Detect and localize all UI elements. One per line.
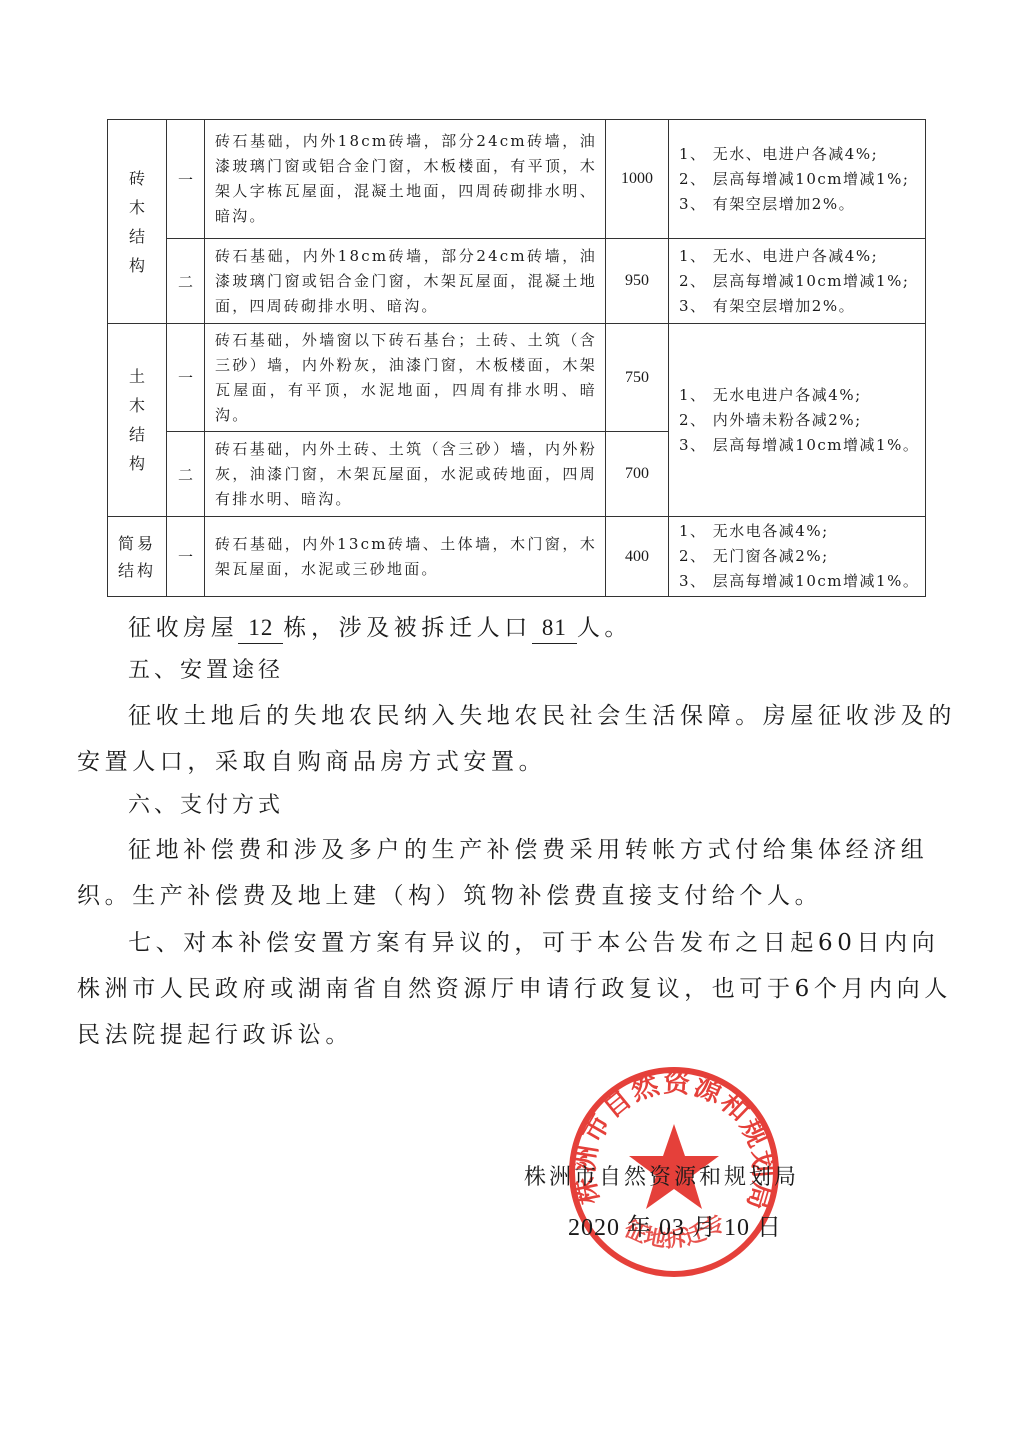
notes-cell: 1、 无水电各减4%; 2、 无门窗各减2%; 3、 层高每增减10cm增减1%… bbox=[669, 517, 926, 597]
section6-line1: 征地补偿费和涉及多户的生产补偿费采用转帐方式付给集体经济组 bbox=[128, 827, 928, 873]
signature-date: 2020 年 03 月 10 日 bbox=[568, 1207, 782, 1242]
note-line: 1、 无水、电进户各减4%; bbox=[679, 142, 921, 167]
section7-line1: 七、对本补偿安置方案有异议的，可于本公告发布之日起60日内向 bbox=[128, 920, 939, 966]
notes-cell: 1、 无水、电进户各减4%; 2、 层高每增减10cm增减1%; 3、 有架空层… bbox=[669, 120, 926, 239]
price-cell: 700 bbox=[606, 432, 669, 517]
price-cell: 1000 bbox=[606, 120, 669, 239]
summary-prefix: 征收房屋 bbox=[128, 615, 238, 641]
note-line: 2、 层高每增减10cm增减1%; bbox=[679, 269, 921, 294]
grade-cell: 一 bbox=[167, 517, 205, 597]
price-cell: 950 bbox=[606, 239, 669, 324]
price-cell: 750 bbox=[606, 324, 669, 432]
note-line: 2、 层高每增减10cm增减1%; bbox=[679, 167, 921, 192]
summary-line: 征收房屋12栋，涉及被拆迁人口81人。 bbox=[128, 605, 632, 651]
compensation-table: 砖木结构 一 砖石基础，内外18cm砖墙，部分24cm砖墙，油漆玻璃门窗或铝合金… bbox=[107, 119, 926, 597]
section5-heading: 五、安置途径 bbox=[128, 653, 284, 684]
structure-type-label: 简易 bbox=[117, 530, 157, 557]
summary-middle: 栋，涉及被拆迁人口 bbox=[283, 615, 531, 641]
people-count: 81 bbox=[532, 613, 577, 644]
section5-line1: 征收土地后的失地农民纳入失地农民社会生活保障。房屋征收涉及的 bbox=[128, 693, 956, 739]
structure-type-label: 土木结构 bbox=[128, 362, 146, 478]
structure-type-label: 砖木结构 bbox=[128, 164, 146, 280]
section6-heading: 六、支付方式 bbox=[128, 788, 284, 819]
description-cell: 砖石基础，内外13cm砖墙、土体墙，木门窗，木架瓦屋面，水泥或三砂地面。 bbox=[205, 517, 606, 597]
grade-cell: 一 bbox=[167, 324, 205, 432]
section5-line2: 安置人口，采取自购商品房方式安置。 bbox=[77, 739, 546, 785]
table-row: 二 砖石基础，内外18cm砖墙，部分24cm砖墙，油漆玻璃门窗或铝合金门窗，木架… bbox=[108, 239, 926, 324]
structure-type-cell: 砖木结构 bbox=[108, 120, 167, 324]
notes-cell: 1、 无水、电进户各减4%; 2、 层高每增减10cm增减1%; 3、 有架空层… bbox=[669, 239, 926, 324]
price-cell: 400 bbox=[606, 517, 669, 597]
grade-cell: 二 bbox=[167, 239, 205, 324]
houses-count: 12 bbox=[238, 613, 283, 644]
document-page: 砖木结构 一 砖石基础，内外18cm砖墙，部分24cm砖墙，油漆玻璃门窗或铝合金… bbox=[0, 0, 1023, 1446]
note-line: 3、 层高每增减10cm增减1%。 bbox=[679, 433, 921, 458]
table-row: 砖木结构 一 砖石基础，内外18cm砖墙，部分24cm砖墙，油漆玻璃门窗或铝合金… bbox=[108, 120, 926, 239]
structure-type-cell: 简易 结构 bbox=[108, 517, 167, 597]
note-line: 3、 层高每增减10cm增减1%。 bbox=[679, 569, 921, 594]
note-line: 1、 无水电各减4%; bbox=[679, 519, 921, 544]
grade-cell: 二 bbox=[167, 432, 205, 517]
note-line: 2、 无门窗各减2%; bbox=[679, 544, 921, 569]
description-cell: 砖石基础，内外土砖、土筑（含三砂）墙，内外粉灰，油漆门窗，木架瓦屋面，水泥或砖地… bbox=[205, 432, 606, 517]
grade-cell: 一 bbox=[167, 120, 205, 239]
structure-type-label: 结构 bbox=[117, 557, 157, 584]
note-line: 1、 无水、电进户各减4%; bbox=[679, 244, 921, 269]
table-row: 土木结构 一 砖石基础，外墙窗以下砖石基台；土砖、土筑（含三砂）墙，内外粉灰，油… bbox=[108, 324, 926, 432]
table-row: 简易 结构 一 砖石基础，内外13cm砖墙、土体墙，木门窗，木架瓦屋面，水泥或三… bbox=[108, 517, 926, 597]
note-line: 2、 内外墙未粉各减2%; bbox=[679, 408, 921, 433]
section7-line3: 民法院提起行政诉讼。 bbox=[77, 1012, 353, 1058]
note-line: 3、 有架空层增加2%。 bbox=[679, 192, 921, 217]
description-cell: 砖石基础，内外18cm砖墙，部分24cm砖墙，油漆玻璃门窗或铝合金门窗，木板楼面… bbox=[205, 120, 606, 239]
signature-org: 株洲市自然资源和规划局 bbox=[524, 1160, 799, 1191]
note-line: 3、 有架空层增加2%。 bbox=[679, 294, 921, 319]
summary-suffix: 人。 bbox=[577, 615, 632, 641]
note-line: 1、 无水电进户各减4%; bbox=[679, 383, 921, 408]
description-cell: 砖石基础，外墙窗以下砖石基台；土砖、土筑（含三砂）墙，内外粉灰，油漆门窗，木板楼… bbox=[205, 324, 606, 432]
section7-line2: 株洲市人民政府或湖南省自然资源厅申请行政复议，也可于6个月内向人 bbox=[77, 966, 952, 1012]
section6-line2: 织。生产补偿费及地上建（构）筑物补偿费直接支付给个人。 bbox=[77, 873, 822, 919]
structure-type-cell: 土木结构 bbox=[108, 324, 167, 517]
notes-cell: 1、 无水电进户各减4%; 2、 内外墙未粉各减2%; 3、 层高每增减10cm… bbox=[669, 324, 926, 517]
description-cell: 砖石基础，内外18cm砖墙，部分24cm砖墙，油漆玻璃门窗或铝合金门窗，木架瓦屋… bbox=[205, 239, 606, 324]
